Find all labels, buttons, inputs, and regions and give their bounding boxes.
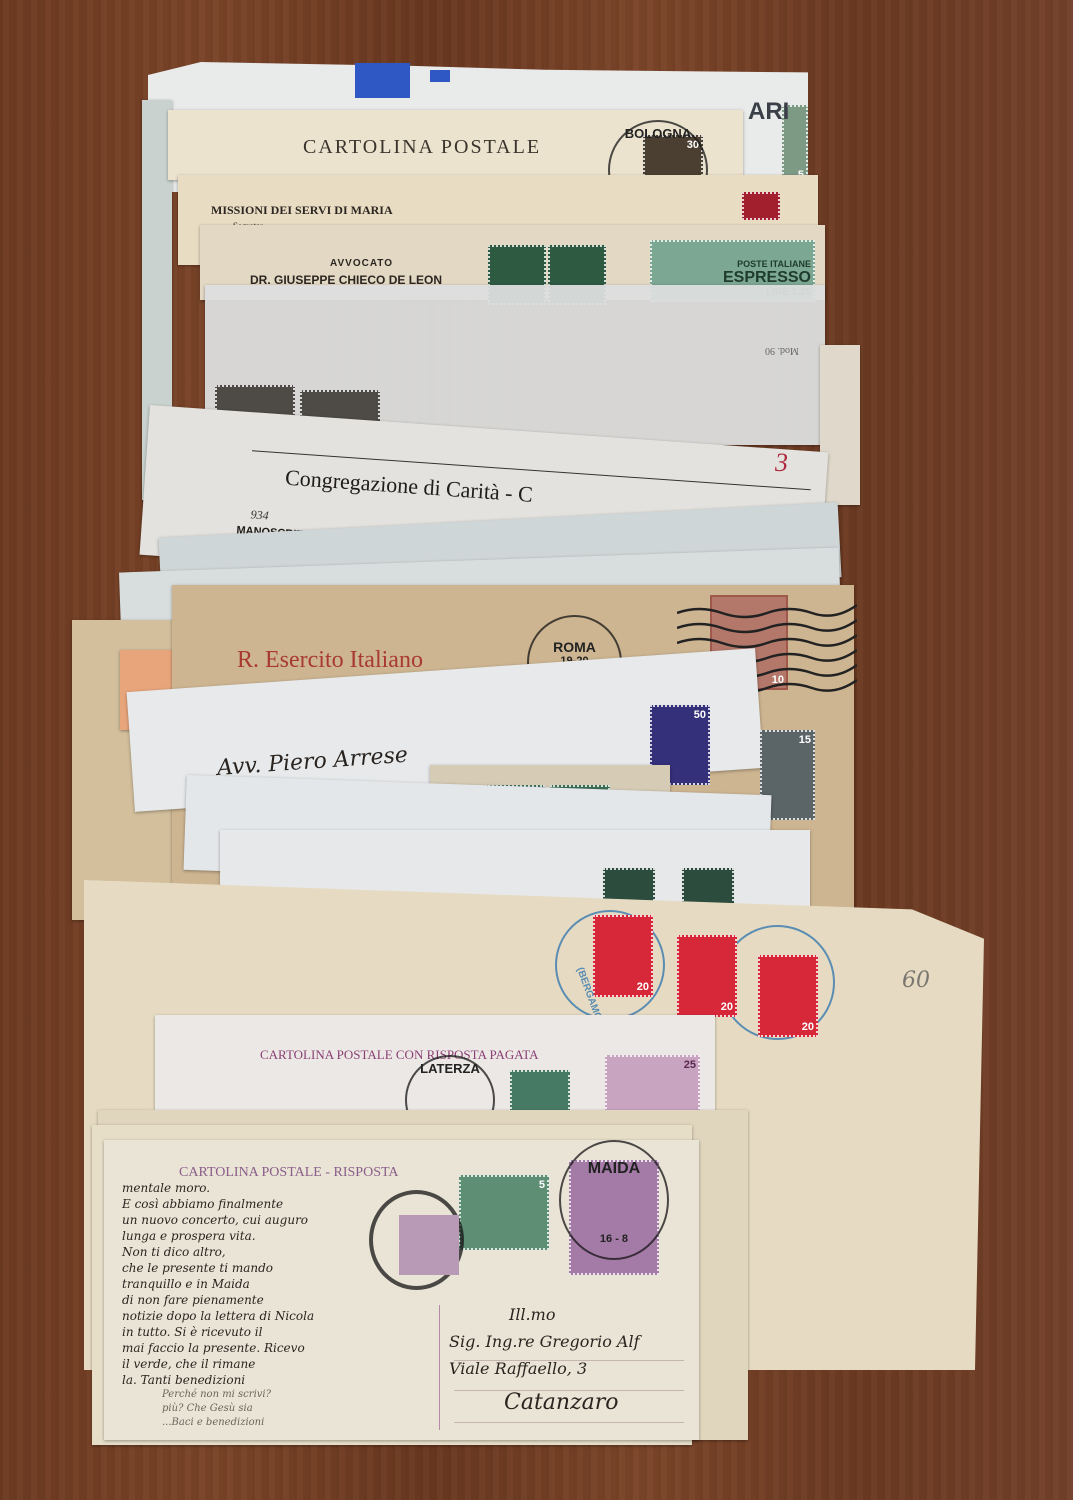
stamp-red: 20 — [677, 935, 737, 1017]
stamp-red: 20 — [758, 955, 818, 1037]
address-line-1: Ill.mo — [449, 1305, 689, 1324]
risposta-pagata-heading: CARTOLINA POSTALE CON RISPOSTA PAGATA — [260, 1047, 539, 1063]
front-postcard: CARTOLINA POSTALE - RISPOSTA MAIDA 16 - … — [104, 1140, 699, 1440]
congregazione-heading: Congregazione di Carità - C — [284, 465, 533, 508]
cartolina-postale-card: CARTOLINA POSTALE 30 BOLOGNA — [168, 110, 743, 180]
card-heading: CARTOLINA POSTALE — [303, 136, 541, 159]
front-card-heading: CARTOLINA POSTALE - RISPOSTA — [179, 1165, 399, 1181]
arrese-signature: Avv. Piero Arrese — [216, 743, 408, 781]
stamp-green: 5 — [459, 1175, 549, 1250]
address-block: Ill.mo Sig. Ing.re Gregorio Alf Viale Ra… — [449, 1305, 689, 1415]
address-line-4: Catanzaro — [449, 1390, 689, 1415]
side-postmark-text: ARI — [748, 98, 789, 126]
blue-lining-fragment — [355, 63, 410, 98]
stamp-red-small — [742, 192, 780, 220]
esercito-heading: R. Esercito Italiano — [237, 647, 423, 674]
postmark-maida: MAIDA 16 - 8 — [559, 1140, 669, 1260]
address-line-2: Sig. Ing.re Gregorio Alf — [449, 1332, 689, 1351]
missioni-heading: MISSIONI DEI SERVI DI MARIA — [211, 203, 393, 218]
blue-lining-fragment — [430, 70, 450, 82]
handwritten-message: mentale moro. E così abbiamo finalmente … — [122, 1180, 442, 1430]
red-pencil-note: 3 — [775, 448, 788, 478]
avvocato-title: AVVOCATO — [330, 258, 393, 269]
pencil-note: 60 — [902, 968, 930, 993]
sleeve-mark: Mod. 90 — [765, 345, 799, 356]
stamp-red: 20 — [593, 915, 653, 997]
congregazione-number: 934 — [250, 507, 269, 523]
risposta-pagata-card: CARTOLINA POSTALE CON RISPOSTA PAGATA 25… — [155, 1015, 715, 1125]
address-line — [454, 1422, 684, 1423]
address-line-3: Viale Raffaello, 3 — [449, 1359, 689, 1378]
